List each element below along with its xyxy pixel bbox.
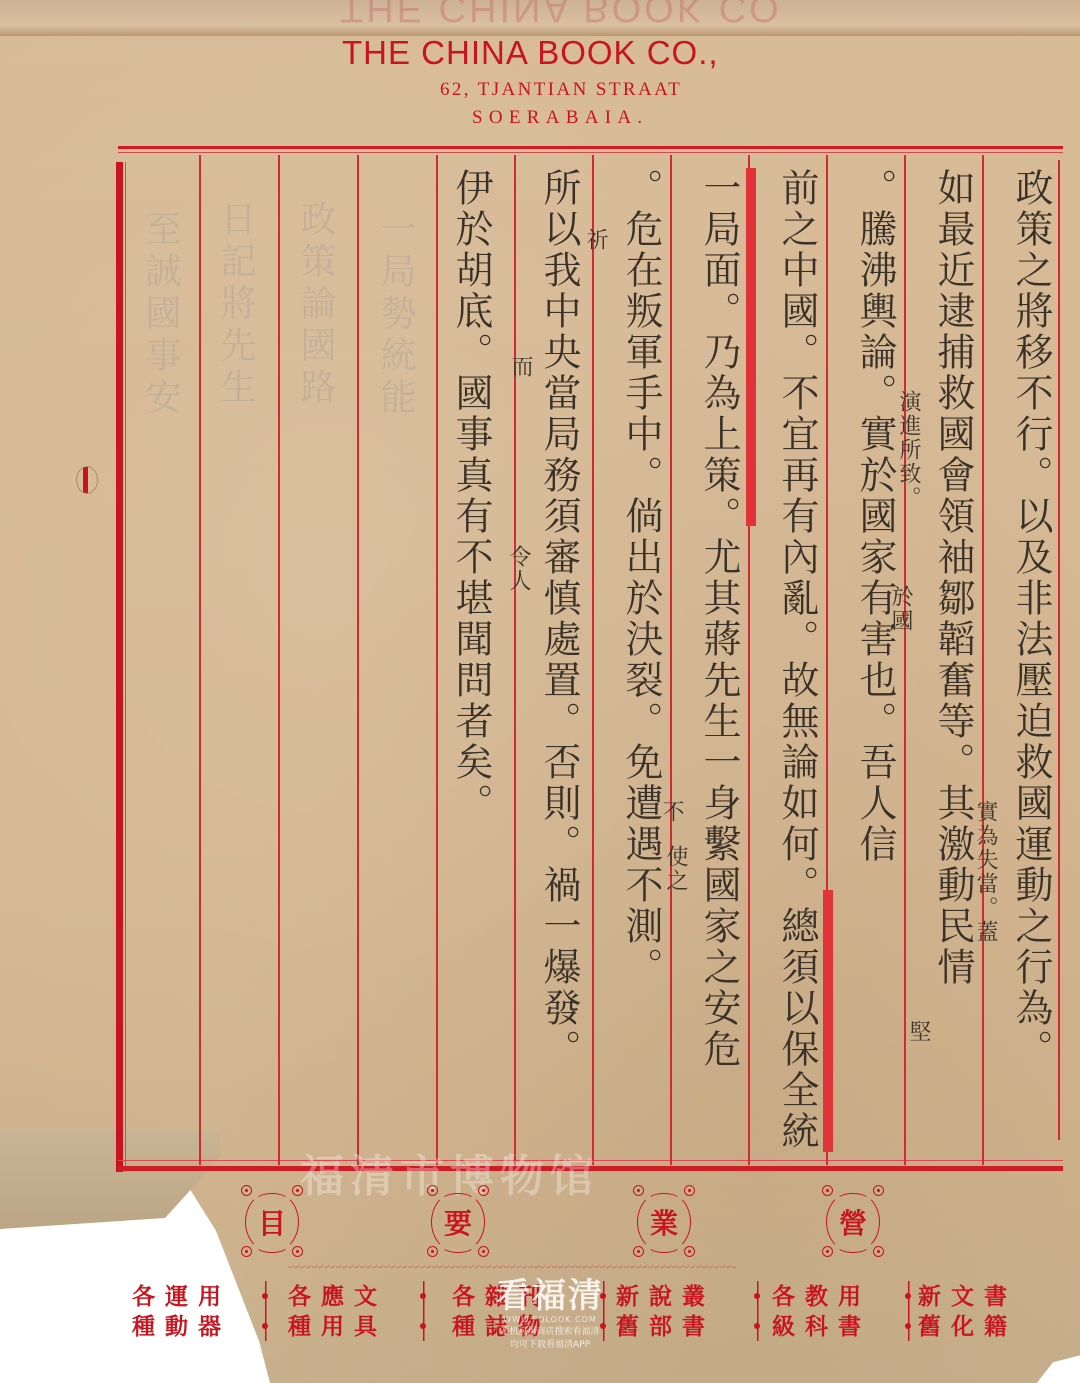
category-novels-series: 新說叢 舊部書 — [616, 1282, 715, 1342]
company-street: 62, TJANTIAN STRAAT — [440, 79, 682, 101]
manuscript-column-8: 伊於胡底。國事真有不堪聞問者矣。 — [452, 168, 490, 824]
app-watermark-line2: 均可下载看福清APP — [470, 1337, 630, 1350]
red-highlight-bar — [746, 168, 756, 526]
column-rule — [982, 155, 984, 1165]
category-sports-equipment: 各運用 種動器 — [132, 1282, 231, 1342]
annotation: 於國 — [885, 585, 916, 633]
category-line: 各運用 — [132, 1282, 231, 1312]
column-rule — [514, 155, 516, 1165]
manuscript-column-7: 所以我中央當局務須審慎處置。否則。禍一爆發。 — [540, 168, 578, 1070]
column-rule — [904, 155, 906, 1165]
manuscript-column-2: 如最近逮捕救國會領袖鄒韜奮等。其激動民情 — [934, 168, 972, 988]
company-name: THE CHINA BOOK CO., — [342, 34, 719, 72]
annotation: 不 — [656, 800, 687, 824]
app-watermark-line1: 手机应用商店搜索看福清 — [470, 1324, 630, 1337]
annotation: 而 — [505, 355, 536, 379]
badge-char: 營 — [822, 1202, 884, 1242]
column-rule — [592, 155, 594, 1165]
footer-badge: 業 — [633, 1185, 695, 1257]
app-watermark-name: 看福清 — [470, 1268, 630, 1317]
category-new-old-culture-books: 新文書 舊化籍 — [918, 1282, 1017, 1342]
category-stationery: 各應文 種用具 — [288, 1282, 387, 1342]
manuscript-column-6: 。危在叛軍手中。倘出於決裂。免遭遇不測。 — [622, 168, 660, 988]
bleed-through-text: 一局勢統能 — [370, 210, 421, 420]
category-line: 種用具 — [288, 1312, 387, 1342]
footer-badge: 目 — [241, 1185, 303, 1257]
column-rule — [278, 155, 280, 1165]
category-line: 舊化籍 — [918, 1312, 1017, 1342]
bleed-through-text: 日記將先生 — [210, 200, 261, 410]
ornament-separator — [754, 1281, 761, 1341]
annotation: 令人 — [503, 545, 534, 593]
column-rule — [1058, 160, 1060, 1140]
manuscript-column-3: 。騰沸輿論。實於國家有害也。吾人信 — [856, 168, 894, 865]
column-rule — [199, 155, 201, 1165]
margin-punch-mark — [76, 466, 98, 494]
badge-char: 要 — [427, 1202, 489, 1242]
column-rule — [357, 155, 359, 1165]
category-line: 新文書 — [918, 1282, 1017, 1312]
app-watermark: 看福清 WWW.FQLOOK.COM 手机应用商店搜索看福清 均可下载看福清AP… — [470, 1268, 630, 1350]
category-line: 級科書 — [772, 1312, 871, 1342]
app-watermark-url: WWW.FQLOOK.COM — [470, 1315, 630, 1324]
company-city: SOERABAIA. — [472, 107, 648, 129]
mirrored-letterhead-ghost: THE CHINA BOOK CO — [340, 0, 1080, 29]
ornament-separator — [420, 1281, 427, 1341]
category-line: 種動器 — [132, 1312, 231, 1342]
ornament-separator — [262, 1281, 269, 1341]
footer-badge: 要 — [427, 1185, 489, 1257]
red-highlight-bar — [823, 890, 833, 1152]
underlying-sheet — [0, 1130, 220, 1240]
footer-badge: 營 — [822, 1185, 884, 1257]
frame-left-rule — [116, 162, 123, 1172]
frame-top-rule — [118, 146, 1063, 149]
bleed-through-text: 政策論國路 — [290, 200, 341, 410]
annotation: 祈 — [580, 228, 611, 252]
frame-top-thin-rule — [118, 152, 1063, 153]
category-line: 舊部書 — [616, 1312, 715, 1342]
frame-left-thin-rule — [125, 162, 126, 1172]
category-line: 各教用 — [772, 1282, 871, 1312]
ornament-separator — [905, 1281, 912, 1341]
category-line: 各應文 — [288, 1282, 387, 1312]
manuscript-column-5: 一局面。乃為上策。尤其蔣先生一身繫國家之安危 — [700, 168, 738, 1070]
annotation: 使之 — [660, 845, 691, 893]
badge-char: 業 — [633, 1202, 695, 1242]
annotation: 演進所致。 — [893, 390, 924, 510]
category-textbooks: 各教用 級科書 — [772, 1282, 871, 1342]
category-line: 新說叢 — [616, 1282, 715, 1312]
column-rule — [436, 155, 438, 1165]
bleed-through-text: 至誠國事安 — [135, 210, 186, 420]
annotation: 堅 — [903, 1020, 934, 1044]
badge-char: 目 — [241, 1202, 303, 1242]
manuscript-column-1: 政策之將移不行。以及非法壓迫救國運動之行為。 — [1012, 168, 1050, 1070]
manuscript-column-4: 前之中國。不宜再有內亂。故無論如何。總須以保全統 — [778, 168, 816, 1152]
annotation: 實為失當。蓋 — [970, 800, 1001, 944]
column-rule — [670, 155, 672, 1165]
